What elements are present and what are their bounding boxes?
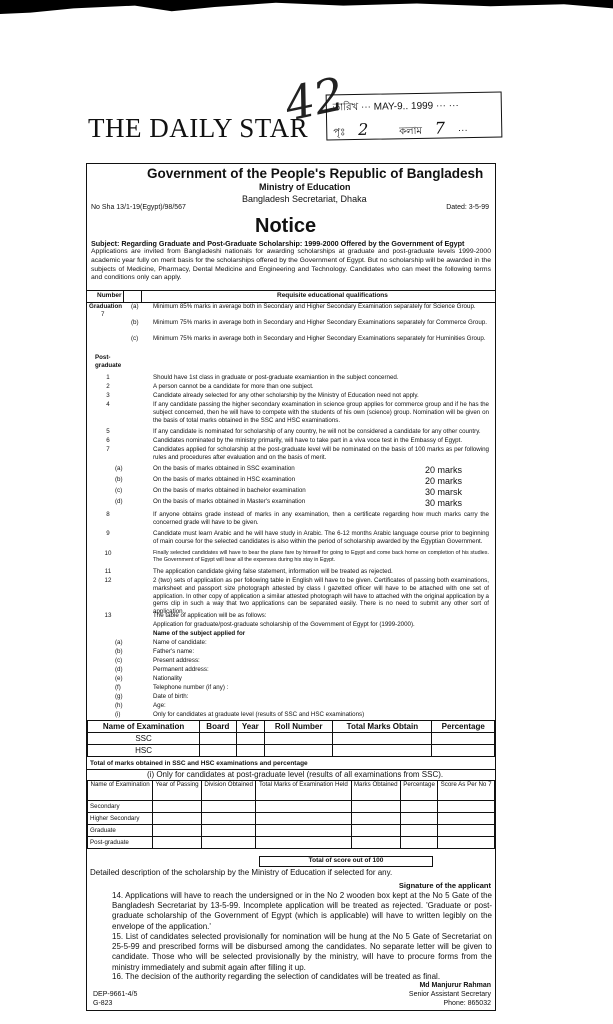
signature-applicant: Signature of the applicant (399, 881, 491, 890)
graduate-results-table: Name of Examination Board Year Roll Numb… (87, 720, 495, 757)
government-notice: Government of the People's Republic of B… (86, 163, 496, 1011)
postgraduate-label: Post-graduate (95, 354, 123, 370)
reference-number: No Sha 13/1-19(Egypt)/98/567 (91, 204, 186, 213)
signer-designation: Senior Assistant Secretary (409, 991, 491, 1000)
stamp-page-row: পৃঃ 2 কলাম 7 ··· (333, 118, 468, 142)
stamp-page-label: পৃঃ (333, 127, 345, 138)
detail-line: Detailed description of the scholarship … (90, 868, 392, 878)
qualifications-header: Number Requisite educational qualificati… (87, 290, 495, 303)
paragraph-15: 15. List of candidates selected provisio… (90, 932, 492, 973)
number-header: Number (97, 292, 122, 300)
postgraduate-heading: (i) Only for candidates at post-graduate… (147, 770, 443, 780)
notice-subject: Subject: Regarding Graduate and Post-Gra… (91, 239, 493, 248)
total-score-label: Total of score out of 100 (259, 856, 433, 867)
dep-number: DEP-9661-4/5 (93, 991, 137, 1000)
ministry-name: Ministry of Education (259, 182, 351, 193)
notice-intro: Applications are invited from Bangladesh… (91, 248, 491, 283)
table-row: HSC (88, 745, 495, 757)
paragraph-16: 16. The decision of the authority regard… (90, 972, 492, 982)
government-heading: Government of the People's Republic of B… (147, 166, 483, 183)
graduate-total-row: Total of marks obtained in SSC and HSC e… (87, 759, 495, 770)
table-row: Secondary (88, 801, 495, 813)
requisite-header: Requisite educational qualifications (277, 292, 388, 300)
stamp-column-value: 7 (435, 118, 446, 137)
graduation-number: 7 (101, 311, 104, 319)
table-row: Post-graduate (88, 837, 495, 849)
torn-paper-edge (0, 0, 613, 14)
graduation-label: Graduation (89, 303, 122, 311)
secretariat-address: Bangladesh Secretariat, Dhaka (242, 194, 367, 205)
stamp-column-label: কলাম (399, 126, 422, 137)
stamp-date-label: তারিখ (333, 102, 359, 113)
table-row: Higher Secondary (88, 813, 495, 825)
clipping-stamp: তারিখ ··· MAY-9.. 1999 ··· ··· পৃঃ 2 কলা… (326, 91, 503, 140)
signer-name: Md Manjurur Rahman (419, 982, 491, 991)
newspaper-masthead: THE DAILY STAR (88, 113, 308, 144)
postgraduate-results-table: Name of Examination Year of Passing Divi… (87, 780, 495, 849)
dep-number-2: G-823 (93, 1000, 112, 1009)
stamp-date-value: MAY-9.. 1999 (374, 101, 434, 113)
application-line: Application for graduate/post-graduate s… (153, 621, 415, 629)
table-row: SSC (88, 733, 495, 745)
paragraph-14: 14. Applications will have to reach the … (90, 891, 492, 932)
subject-applied: Name of the subject applied for (153, 630, 245, 638)
table-row: Graduate (88, 825, 495, 837)
signer-phone: Phone: 865032 (444, 1000, 492, 1009)
stamp-date-row: তারিখ ··· MAY-9.. 1999 ··· ··· (333, 98, 459, 117)
notice-title: Notice (255, 214, 316, 239)
notice-date: Dated: 3-5-99 (446, 204, 489, 213)
stamp-page-value: 2 (358, 120, 369, 139)
